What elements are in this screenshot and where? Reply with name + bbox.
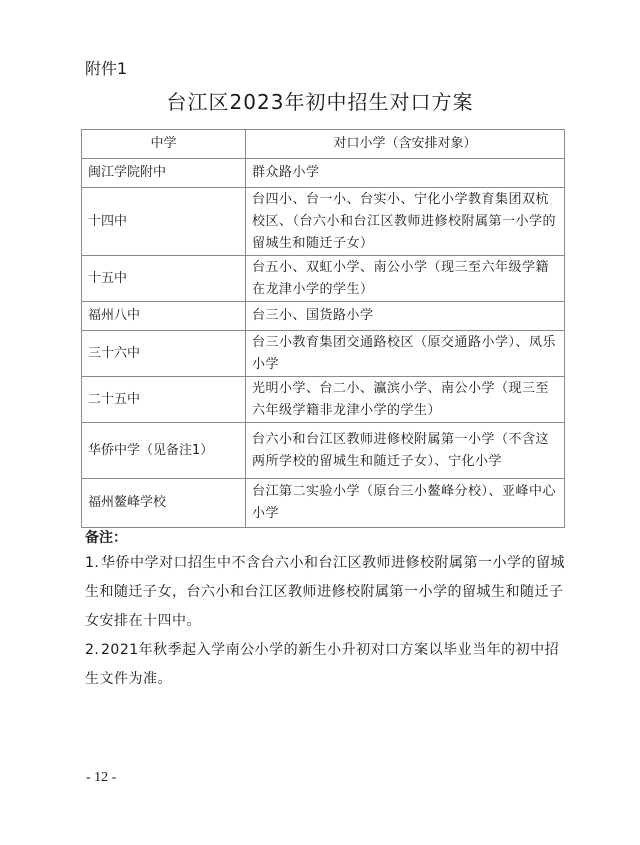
school-cell: 福州鳌峰学校 xyxy=(82,479,246,528)
school-cell: 十五中 xyxy=(82,256,246,302)
notes-heading: 备注： xyxy=(85,527,127,547)
header-primary-school: 对口小学（含安排对象） xyxy=(246,130,565,159)
table-row: 闽江学院附中 群众路小学 xyxy=(82,159,565,188)
table-header-row: 中学 对口小学（含安排对象） xyxy=(82,130,565,159)
table-row: 二十五中 光明小学、台二小、瀛滨小学、南公小学（现三至六年级学籍非龙津小学的学生… xyxy=(82,377,565,423)
note-text: 华侨中学对口招生中不含台六小和台江区教师进修校附属第一小学的留城生和随迁子女，台… xyxy=(85,555,565,629)
primary-cell: 光明小学、台二小、瀛滨小学、南公小学（现三至六年级学籍非龙津小学的学生） xyxy=(246,377,565,423)
note-item: 1.华侨中学对口招生中不含台六小和台江区教师进修校附属第一小学的留城生和随迁子女… xyxy=(85,549,565,636)
page-number: - 12 - xyxy=(86,770,116,786)
school-cell: 福州八中 xyxy=(82,302,246,331)
table-row: 福州八中 台三小、国货路小学 xyxy=(82,302,565,331)
primary-cell: 台江第二实验小学（原台三小鳌峰分校）、亚峰中心小学 xyxy=(246,479,565,528)
school-cell: 三十六中 xyxy=(82,331,246,377)
primary-cell: 台六小和台江区教师进修校附属第一小学（不含这两所学校的留城生和随迁子女）、宁化小… xyxy=(246,423,565,479)
school-cell: 二十五中 xyxy=(82,377,246,423)
school-cell: 华侨中学（见备注1） xyxy=(82,423,246,479)
school-cell: 闽江学院附中 xyxy=(82,159,246,188)
primary-cell: 台三小教育集团交通路校区（原交通路小学）、凤乐小学 xyxy=(246,331,565,377)
note-number: 1. xyxy=(85,549,101,578)
primary-cell: 台四小、台一小、台实小、宁化小学教育集团双杭校区、（台六小和台江区教师进修校附属… xyxy=(246,188,565,256)
attachment-label: 附件1 xyxy=(85,56,127,79)
table-row: 三十六中 台三小教育集团交通路校区（原交通路小学）、凤乐小学 xyxy=(82,331,565,377)
primary-cell: 台五小、双虹小学、南公小学（现三至六年级学籍在龙津小学的学生） xyxy=(246,256,565,302)
school-cell: 十四中 xyxy=(82,188,246,256)
note-number: 2. xyxy=(85,636,101,665)
table-row: 十五中 台五小、双虹小学、南公小学（现三至六年级学籍在龙津小学的学生） xyxy=(82,256,565,302)
table-row: 十四中 台四小、台一小、台实小、宁化小学教育集团双杭校区、（台六小和台江区教师进… xyxy=(82,188,565,256)
header-middle-school: 中学 xyxy=(82,130,246,159)
table-row: 福州鳌峰学校 台江第二实验小学（原台三小鳌峰分校）、亚峰中心小学 xyxy=(82,479,565,528)
note-text: 2021年秋季起入学南公小学的新生小升初对口方案以毕业当年的初中招生文件为准。 xyxy=(85,642,559,687)
note-item: 2.2021年秋季起入学南公小学的新生小升初对口方案以毕业当年的初中招生文件为准… xyxy=(85,636,565,694)
primary-cell: 台三小、国货路小学 xyxy=(246,302,565,331)
document-title: 台江区2023年初中招生对口方案 xyxy=(0,86,640,115)
enrollment-table: 中学 对口小学（含安排对象） 闽江学院附中 群众路小学 十四中 台四小、台一小、… xyxy=(81,129,565,528)
table-row: 华侨中学（见备注1） 台六小和台江区教师进修校附属第一小学（不含这两所学校的留城… xyxy=(82,423,565,479)
primary-cell: 群众路小学 xyxy=(246,159,565,188)
